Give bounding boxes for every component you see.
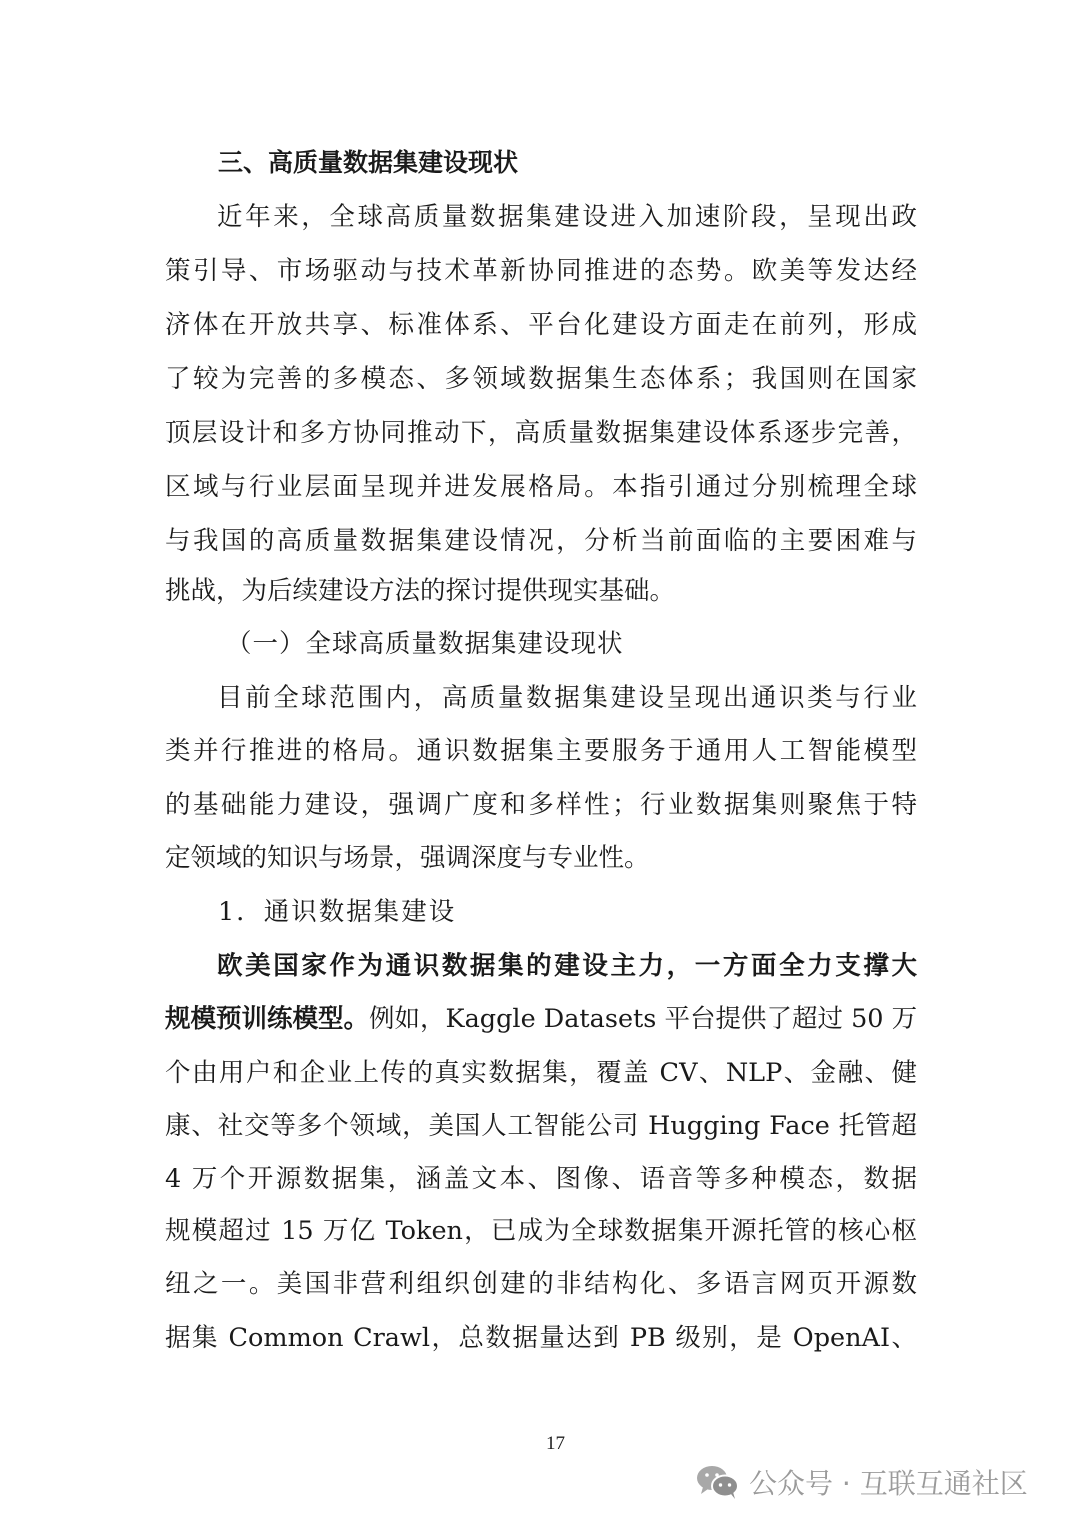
subsection-heading: （一）全球高质量数据集建设现状 xyxy=(226,627,978,661)
paragraph-line: 的基础能力建设，强调广度和多样性；行业数据集则聚焦于特 xyxy=(165,788,917,822)
paragraph-line: 挑战，为后续建设方法的探讨提供现实基础。 xyxy=(165,574,917,608)
paragraph-line: 定领域的知识与场景，强调深度与专业性。 xyxy=(165,841,917,875)
document-page: 三、高质量数据集建设现状 近年来，全球高质量数据集建设进入加速阶段，呈现出政 策… xyxy=(0,0,1080,1526)
paragraph-line: 区域与行业层面呈现并进发展格局。本指引通过分别梳理全球 xyxy=(165,470,917,504)
paragraph-mixed-line: 规模预训练模型。 例如，Kaggle Datasets 平台提供了超过 50 万 xyxy=(165,1002,917,1036)
paragraph-line: 了较为完善的多模态、多领域数据集生态体系；我国则在国家 xyxy=(165,362,917,396)
paragraph-line: 个由用户和企业上传的真实数据集，覆盖 CV、NLP、金融、健 xyxy=(165,1056,917,1090)
watermark: 公众号 · 互联互通社区 xyxy=(695,1462,1028,1502)
paragraph-line: 顶层设计和多方协同推动下，高质量数据集建设体系逐步完善， xyxy=(165,416,917,450)
bold-lead-text: 规模预训练模型。 xyxy=(165,1002,369,1036)
paragraph-line: 目前全球范围内，高质量数据集建设呈现出通识类与行业 xyxy=(217,681,917,715)
paragraph-line: 4 万个开源数据集，涵盖文本、图像、语音等多种模态，数据 xyxy=(165,1162,917,1196)
watermark-text: 公众号 · 互联互通社区 xyxy=(749,1462,1028,1502)
wechat-icon xyxy=(695,1464,741,1500)
paragraph-line: 据集 Common Crawl，总数据量达到 PB 级别，是 OpenAI、 xyxy=(165,1321,917,1355)
paragraph-line: 类并行推进的格局。通识数据集主要服务于通用人工智能模型 xyxy=(165,734,917,768)
paragraph-line: 规模超过 15 万亿 Token，已成为全球数据集开源托管的核心枢 xyxy=(165,1214,917,1248)
subsubsection-heading: 1．通识数据集建设 xyxy=(218,895,970,929)
paragraph-line: 康、社交等多个领域，美国人工智能公司 Hugging Face 托管超 xyxy=(165,1109,917,1143)
page-number: 17 xyxy=(546,1433,565,1455)
paragraph-bold-line: 欧美国家作为通识数据集的建设主力，一方面全力支撑大 xyxy=(217,949,917,983)
paragraph-line: 与我国的高质量数据集建设情况，分析当前面临的主要困难与 xyxy=(165,524,917,558)
paragraph-line: 策引导、市场驱动与技术革新协同推进的态势。欧美等发达经 xyxy=(165,254,917,288)
paragraph-line: 近年来，全球高质量数据集建设进入加速阶段，呈现出政 xyxy=(217,200,917,234)
paragraph-line: 纽之一。美国非营利组织创建的非结构化、多语言网页开源数 xyxy=(165,1267,917,1301)
paragraph-text: 例如，Kaggle Datasets 平台提供了超过 50 万 xyxy=(369,1002,917,1036)
paragraph-line: 济体在开放共享、标准体系、平台化建设方面走在前列，形成 xyxy=(165,308,917,342)
section-heading: 三、高质量数据集建设现状 xyxy=(218,146,970,180)
